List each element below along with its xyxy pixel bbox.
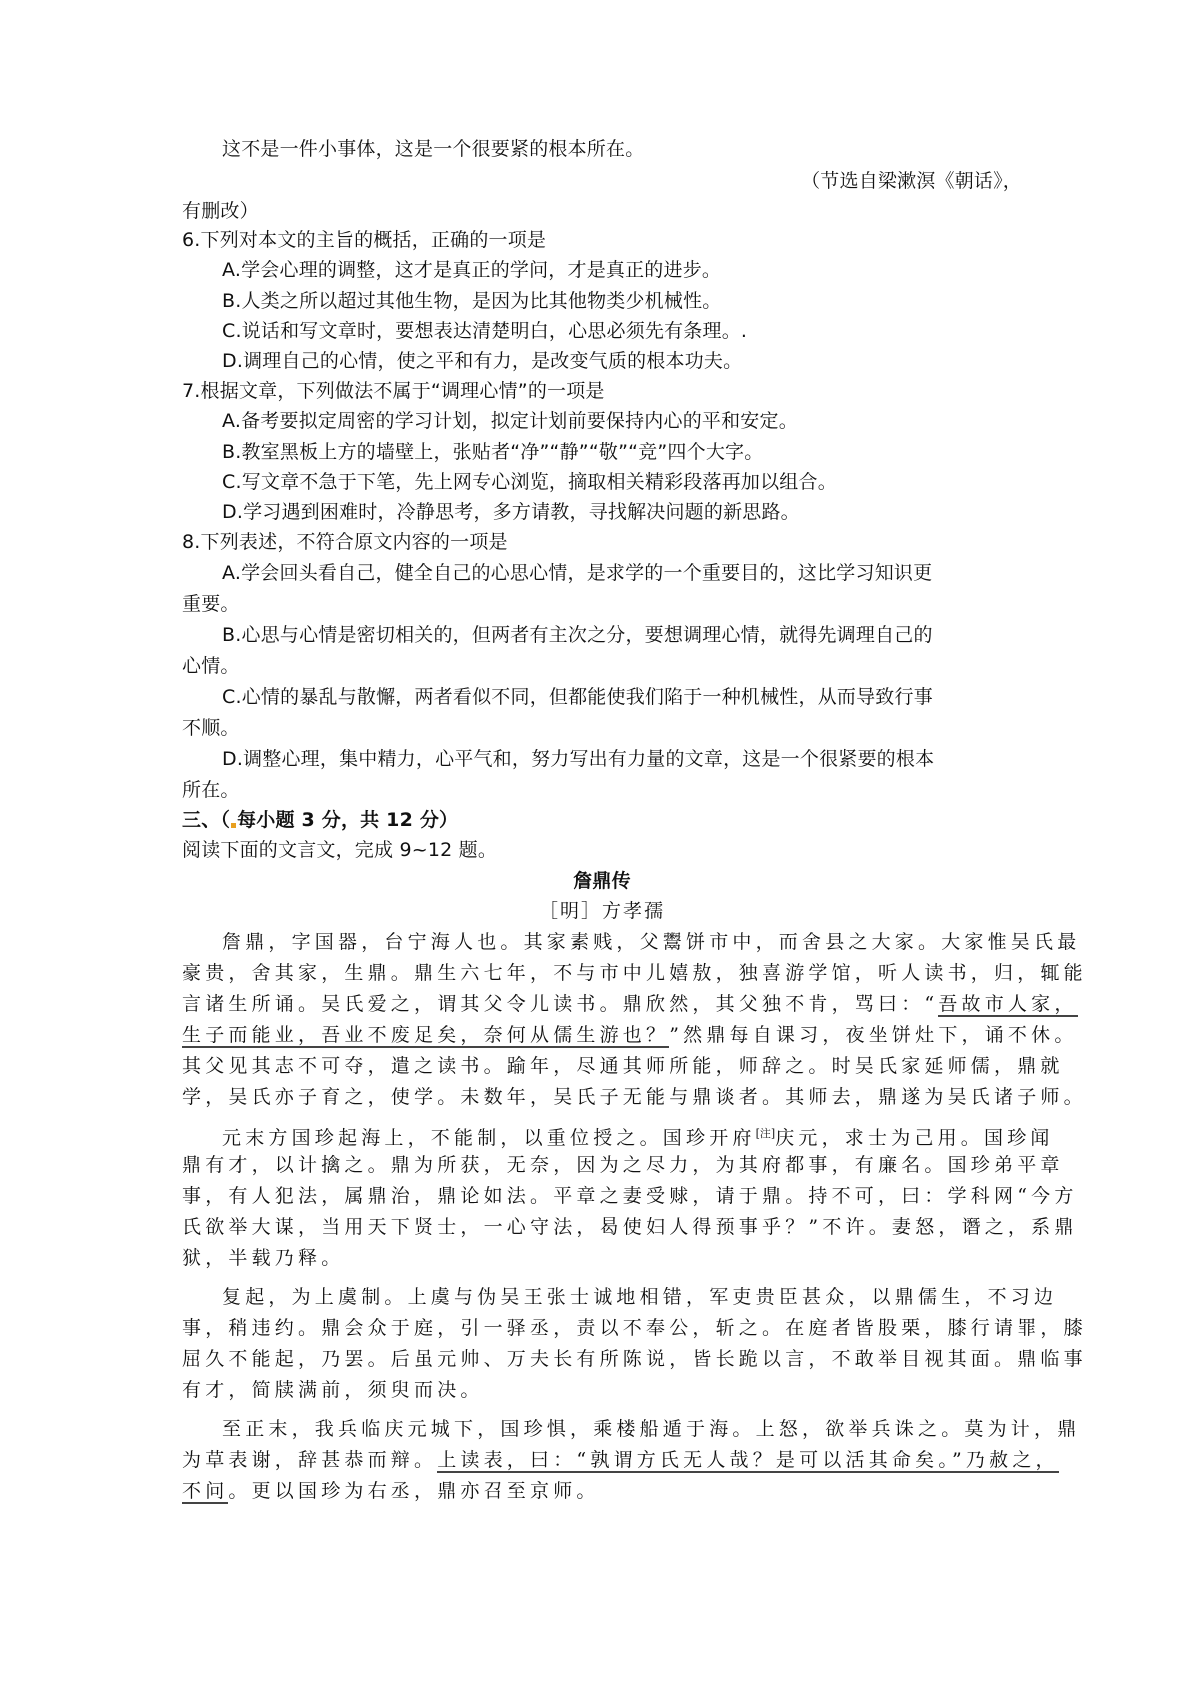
question-8-option-d-cont: 所在。 — [182, 777, 1022, 803]
para1-line2: 豪贵，舍其家，生鼎。鼎生六七年，不与市中儿嬉敖，独喜游学馆，听人读书，归，辄能 — [182, 960, 1022, 986]
question-8-option-d: D.调整心理，集中精力，心平气和，努力写出有力量的文章，这是一个很紧要的根本 — [222, 746, 1062, 772]
para3-line4: 有才，简牍满前，须臾而决。 — [182, 1377, 1022, 1403]
para3-line1: 复起，为上虞制。上虞与伪吴王张士诚地相错，军吏贵臣甚众，以鼎儒生，不习边 — [222, 1284, 1062, 1310]
question-7-option-d: D.学习遇到困难时，冷静思考，多方请教，寻找解决问题的新思路。 — [222, 499, 1062, 525]
question-8-option-c-cont: 不顺。 — [182, 715, 1022, 741]
para3-line2: 事，稍违约。鼎会众于庭，引一驿丞，责以不奉公，斩之。在庭者皆股栗，膝行请罪，膝 — [182, 1315, 1022, 1341]
question-7-option-b: B.教室黑板上方的墙壁上，张贴者“净”“静”“敬”“竞”四个大字。 — [222, 439, 1062, 465]
question-8-option-c: C.心情的暴乱与散懈，两者看似不同，但都能使我们陷于一种机械性，从而导致行事 — [222, 684, 1062, 710]
footnote-marker: [注] — [756, 1127, 776, 1140]
question-8-option-b: B.心思与心情是密切相关的，但两者有主次之分，要想调理心情，就得先调理自己的 — [222, 622, 1062, 648]
para1-line6: 学，吴氏亦子育之，使学。未数年，吴氏子无能与鼎谈者。其师去，鼎遂为吴氏诸子师。 — [182, 1084, 1022, 1110]
classical-text-title: 詹鼎传 — [182, 868, 1022, 894]
cursor-marker-icon — [231, 823, 236, 828]
para2-line3: 事，有人犯法，属鼎治，鼎论如法。平章之妻受赇，请于鼎。持不可，曰：学科网“今方 — [182, 1183, 1022, 1209]
question-7-stem: 7.根据文章，下列做法不属于“调理心情”的一项是 — [182, 378, 1022, 404]
para2-line1-rest: 庆元，求士为己用。国珍闻 — [775, 1127, 1053, 1149]
underlined-sentence-2-part1: 上读表，曰：“孰谓方氏无人哉？是可以活其命矣。”乃赦之， — [437, 1449, 1059, 1473]
para4-line2-text: 为草表谢，辞甚恭而辩。 — [182, 1449, 437, 1471]
para4-line3: 不问。更以国珍为右丞，鼎亦召至京师。 — [182, 1478, 1022, 1504]
exam-page: 这不是一件小事体，这是一个很要紧的根本所在。 （节选自梁漱溟《朝话》， 有删改）… — [0, 0, 1200, 1698]
passage-source-cont: 有删改） — [182, 198, 1022, 224]
classical-text-author: ［明］方孝孺 — [182, 898, 1022, 924]
question-6-stem: 6.下列对本文的主旨的概括，正确的一项是 — [182, 227, 1022, 253]
question-6-option-c: C.说话和写文章时，要想表达清楚明白，心思必须先有条理。. — [222, 318, 1062, 344]
section-3-heading-prefix: 三、（ — [182, 809, 230, 831]
para1-line4-rest: ”然鼎每自课习，夜坐饼灶下，诵不休。 — [669, 1024, 1077, 1046]
para2-line5: 狱，半载乃释。 — [182, 1245, 1022, 1271]
para1-line1: 詹鼎，字国器，台宁海人也。其家素贱，父鬻饼市中，而舍县之大家。大家惟吴氏最 — [222, 929, 1062, 955]
section-3-instruction: 阅读下面的文言文，完成 9~12 题。 — [182, 837, 1022, 863]
question-6-option-d: D.调理自己的心情，使之平和有力，是改变气质的根本功夫。 — [222, 348, 1062, 374]
question-6-option-a: A.学会心理的调整，这才是真正的学问，才是真正的进步。 — [222, 257, 1062, 283]
section-3-heading-rest: 每小题 3 分，共 12 分） — [237, 809, 458, 831]
para4-line3-rest: 。更以国珍为右丞，鼎亦召至京师。 — [228, 1480, 599, 1502]
question-8-option-b-cont: 心情。 — [182, 653, 1022, 679]
section-3-heading: 三、（每小题 3 分，共 12 分） — [182, 807, 1022, 833]
para1-line3-text: 言诸生所诵。吴氏爱之，谓其父令儿读书。鼎欣然，其父独不肯，骂曰：“ — [182, 993, 938, 1015]
question-7-option-a: A.备考要拟定周密的学习计划，拟定计划前要保持内心的平和安定。 — [222, 408, 1062, 434]
question-7-option-c: C.写文章不急于下笔，先上网专心浏览，摘取相关精彩段落再加以组合。 — [222, 469, 1062, 495]
para3-line3: 屈久不能起，乃罢。后虽元帅、万夫长有所陈说，皆长跪以言，不敢举目视其面。鼎临事 — [182, 1346, 1022, 1372]
para4-line1: 至正末，我兵临庆元城下，国珍惧，乘楼船遁于海。上怒，欲举兵诛之。莫为计，鼎 — [222, 1416, 1062, 1442]
para2-line1-text: 元末方国珍起海上，不能制，以重位授之。国珍开府 — [222, 1127, 756, 1149]
passage-source: （节选自梁漱溟《朝话》， — [182, 168, 1022, 194]
para1-line3: 言诸生所诵。吴氏爱之，谓其父令儿读书。鼎欣然，其父独不肯，骂曰：“吾故市人家， — [182, 991, 1022, 1017]
para2-line2: 鼎有才，以计擒之。鼎为所获，无奈，因为之尽力，为其府都事，有廉名。国珍弟平章 — [182, 1152, 1022, 1178]
question-6-option-b: B.人类之所以超过其他生物，是因为比其他物类少机械性。 — [222, 288, 1062, 314]
question-8-stem: 8.下列表述，不符合原文内容的一项是 — [182, 529, 1022, 555]
question-8-option-a-cont: 重要。 — [182, 591, 1022, 617]
para2-line4: 氏欲举大谋，当用天下贤士，一心守法，曷使妇人得预事乎？”不许。妻怒，谮之，系鼎 — [182, 1214, 1022, 1240]
para4-line2: 为草表谢，辞甚恭而辩。上读表，曰：“孰谓方氏无人哉？是可以活其命矣。”乃赦之， — [182, 1447, 1022, 1473]
question-8-option-a: A.学会回头看自己，健全自己的心思心情，是求学的一个重要目的，这比学习知识更 — [222, 560, 1062, 586]
para1-line4: 生子而能业，吾业不废足矣，奈何从儒生游也？”然鼎每自课习，夜坐饼灶下，诵不休。 — [182, 1022, 1022, 1048]
underlined-sentence-part2: 生子而能业，吾业不废足矣，奈何从儒生游也？ — [182, 1024, 669, 1048]
underlined-sentence-2-part2: 不问 — [182, 1480, 228, 1504]
para1-line5: 其父见其志不可夺，遣之读书。踰年，尽通其师所能，师辞之。时吴氏家延师儒，鼎就 — [182, 1053, 1022, 1079]
passage-closing-sentence: 这不是一件小事体，这是一个很要紧的根本所在。 — [222, 136, 1062, 162]
underlined-sentence-part1: 吾故市人家， — [938, 993, 1077, 1017]
para2-line1: 元末方国珍起海上，不能制，以重位授之。国珍开府[注]庆元，求士为己用。国珍闻 — [222, 1121, 1062, 1151]
